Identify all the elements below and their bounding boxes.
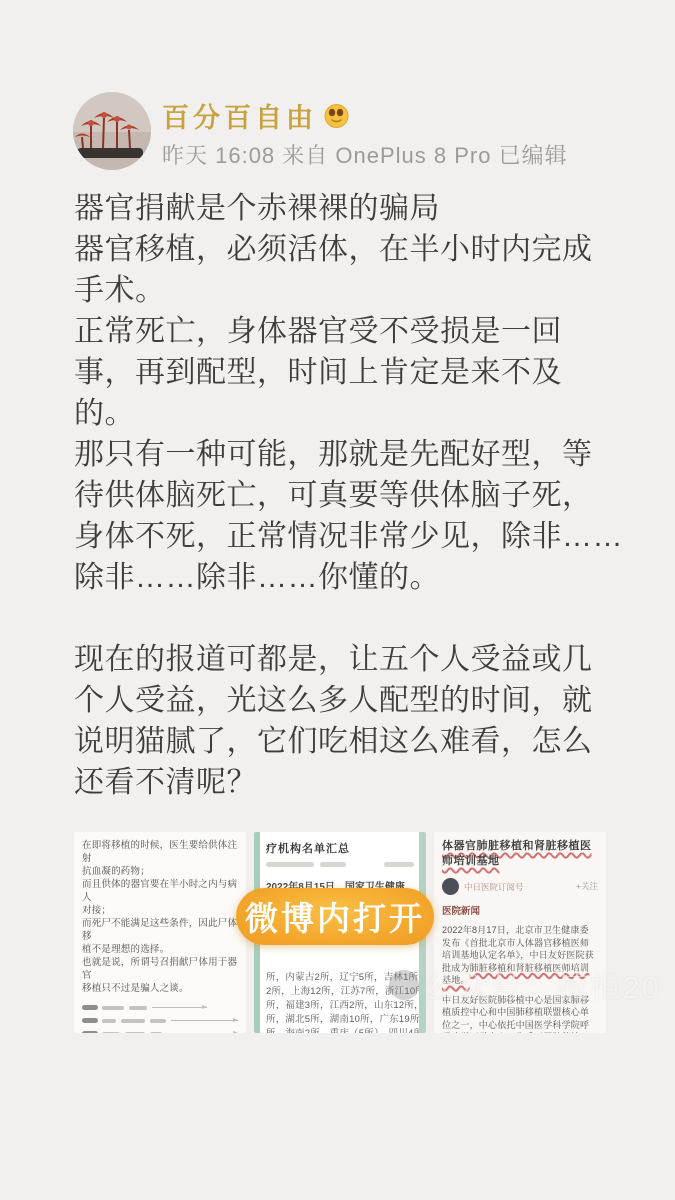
thumb-middle-row: 所，湖北5所，湖南10所，广东19所，广西5 <box>266 1013 414 1027</box>
thumb-right-section-label: 医院新闻 <box>442 903 598 917</box>
thumb-middle-title: 疗机构名单汇总 <box>266 840 414 856</box>
thumb-middle-row: 所，海南2所，重庆（5所），四川4所，贵州 <box>266 1027 414 1033</box>
follow-button[interactable]: +关注 <box>576 880 598 892</box>
thumb-middle-row: 所，内蒙古2所，辽宁5所，吉林1所，黑龙江 <box>266 971 414 985</box>
thumb-right-paragraph-1: 2022年8月17日，北京市卫生健康委发布《首批北京市人体器官移植医师培训基地认… <box>442 924 598 987</box>
avatar-image <box>73 92 151 170</box>
thumb-left-line: 在即将移植的时候，医生要给供体注射 <box>82 839 238 865</box>
handwritten-note-row <box>82 1001 238 1014</box>
avatar[interactable] <box>73 92 151 170</box>
weibo-post-screenshot: 百分百自由 昨天 16:08 来自 OnePlus 8 Pro 已编辑 器官捐献… <box>0 0 675 1200</box>
user-name[interactable]: 百分百自由 <box>162 96 317 135</box>
thumb-middle-row: 所，福建3所，江西2所，山东12所，河南7 <box>266 999 414 1013</box>
handwritten-notes <box>82 1001 238 1033</box>
thumb-right-paragraph-2: 中日友好医院肺移植中心是国家肺移植质控中心和中国肺移植联盟核心单位之一，中心依托… <box>442 994 598 1034</box>
handwritten-note-row <box>82 1014 238 1027</box>
handwritten-note-row <box>82 1027 238 1033</box>
post-body-text: 器官捐献是个赤裸裸的骗局 器官移植，必须活体，在半小时内完成 手术。 正常死亡，… <box>74 188 626 803</box>
thumb-left-line: 对接； <box>82 904 238 917</box>
thumb-left-line: 移植只不过是骗人之谈。 <box>82 982 238 995</box>
open-in-weibo-button[interactable]: 微博内打开 <box>236 888 434 945</box>
thumb-right-account-row: 中日医院订阅号 +关注 <box>442 877 598 895</box>
hospital-account-name: 中日医院订阅号 <box>464 882 524 892</box>
thumb-left-line: 而死尸不能满足这些条件，因此尸体移 <box>82 917 238 943</box>
thumb-left-line: 植不是理想的选择。 <box>82 943 238 956</box>
thumb-right-title: 体器官肺脏移植和肾脏移植医师培训基地 <box>442 839 598 869</box>
thumb-left-line: 抗血凝的药物； <box>82 865 238 878</box>
thumb-middle-meta <box>266 862 414 867</box>
thumb-left-line: 也就是说，所谓号召捐献尸体用于器官 <box>82 956 238 982</box>
thumb-middle-row: 2所，上海12所，江苏7所，浙江10所，安徽3 <box>266 985 414 999</box>
hospital-account-avatar <box>442 878 459 895</box>
thumbnail-right[interactable]: 体器官肺脏移植和肾脏移植医师培训基地 中日医院订阅号 +关注 医院新闻 2022… <box>434 832 606 1033</box>
post-meta: 昨天 16:08 来自 OnePlus 8 Pro 已编辑 <box>162 139 568 170</box>
thumbnail-left[interactable]: 在即将移植的时候，医生要给供体注射 抗血凝的药物； 而且供体的器官要在半小时之内… <box>74 832 246 1033</box>
heart-eyes-emoji <box>323 102 350 129</box>
thumb-left-line: 而且供体的器官要在半小时之内与病人 <box>82 878 238 904</box>
